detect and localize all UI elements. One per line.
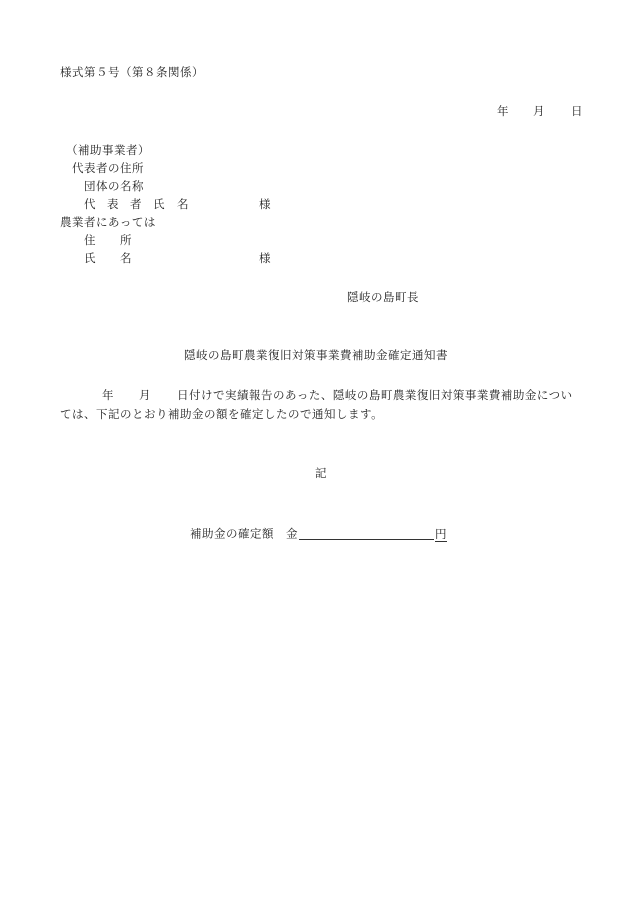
- form-number: 様式第５号（第８条関係）: [60, 67, 204, 79]
- addressee-heading: （補助事業者）: [66, 145, 150, 157]
- amount-prefix: 金: [286, 527, 298, 541]
- rep-name-char: 者: [130, 199, 142, 211]
- rep-name-char: 名: [177, 199, 189, 211]
- rep-address-label: 代表者の住所: [72, 163, 144, 175]
- document-title: 隠岐の島町農業復旧対策事業費補助金確定通知書: [184, 350, 448, 362]
- amount-suffix: 円: [435, 527, 447, 542]
- farmer-address-char: 所: [120, 235, 132, 247]
- amount-label: 補助金の確定額: [190, 527, 274, 541]
- farmer-heading: 農業者にあっては: [60, 217, 156, 229]
- farmer-honorific: 様: [259, 253, 271, 265]
- rep-name-char: 表: [107, 199, 119, 211]
- farmer-name-char: 氏: [84, 253, 96, 265]
- record-mark: 記: [315, 468, 327, 480]
- confirmed-amount-row: 補助金の確定額金円: [190, 527, 447, 540]
- body-line2-text: ては、下記のとおり補助金の額を確定したので通知します。: [60, 409, 383, 421]
- body-month-label: 月: [139, 390, 151, 402]
- amount-field[interactable]: [299, 527, 434, 540]
- rep-honorific: 様: [259, 199, 271, 211]
- date-month-label: 月: [533, 106, 545, 118]
- body-year-label: 年: [102, 390, 114, 402]
- rep-name-char: 氏: [153, 199, 165, 211]
- body-line1-text: 日付けで実績報告のあった、隠岐の島町農業復旧対策事業費補助金につい: [177, 390, 573, 402]
- farmer-name-char: 名: [120, 253, 132, 265]
- farmer-address-char: 住: [84, 235, 96, 247]
- date-year-label: 年: [497, 106, 509, 118]
- date-day-label: 日: [571, 106, 583, 118]
- rep-name-char: 代: [84, 199, 96, 211]
- org-name-label: 団体の名称: [84, 181, 144, 193]
- sender-title: 隠岐の島町長: [347, 292, 419, 304]
